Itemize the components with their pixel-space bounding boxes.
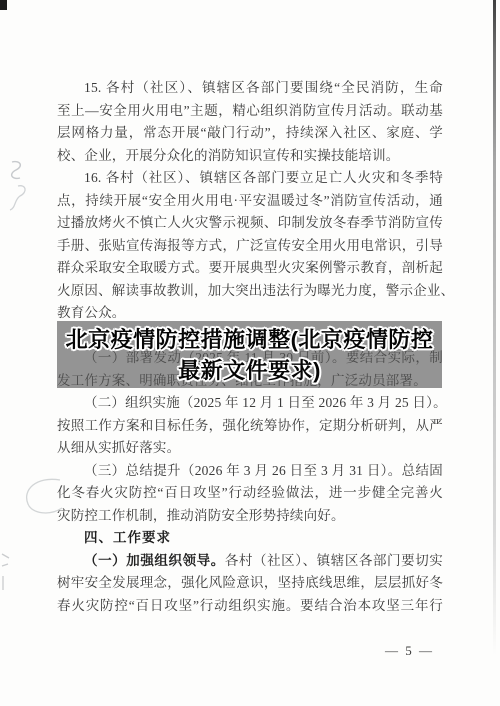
headline-title-line1: 北京疫情防控措施调整(北京疫情防控	[66, 324, 434, 355]
doc-line-bold-part: （一）加强组织领导。	[84, 553, 225, 568]
doc-line: （一）加强组织领导。各村（社区）、镇辖区各部门要切实	[57, 550, 443, 573]
doc-line: 春火灾防控“百日攻坚”行动组织实施。要结合治本攻坚三年行	[57, 595, 443, 618]
doc-line: 灾防控工作机制，推动消防安全形势持续向好。	[57, 505, 443, 528]
doc-line: 校、企业，开展分众化的消防知识宣传和实操技能培训。	[57, 145, 443, 168]
doc-line: 按照工作方案和目标任务，强化统筹协作，定期分析研判，从严	[57, 415, 443, 438]
scan-corner-mark	[0, 0, 7, 10]
doc-line: 过播放烤火不慎亡人火灾警示视频、印制发放冬春季节消防宣传	[57, 212, 443, 235]
headline-title-line2: 最新文件要求)	[178, 355, 321, 386]
doc-line: 手册、张贴宣传海报等方式，广泛宣传安全用火用电常识，引导	[57, 235, 443, 258]
scanned-document-page: 15. 各村（社区）、镇辖区各部门要围绕“全民消防，生命 至上—安全用火用电”主…	[0, 0, 500, 706]
pencil-scribble-left	[2, 158, 36, 214]
doc-line: 群众采取安全取暖方式。要开展典型火灾案例警示教育，剖析起	[57, 257, 443, 280]
doc-line-rest: 各村（社区）、镇辖区各部门要切实	[225, 553, 443, 568]
doc-line: 16. 各村（社区）、镇辖区各部门要立足亡人火灾和冬季特	[57, 167, 443, 190]
doc-line: 火原因、解读事故教训，加大突出违法行为曝光力度，警示企业、	[57, 280, 443, 303]
doc-line: 点，持续开展“安全用火用电·平安温暖过冬”消防宣传活动，通	[57, 190, 443, 213]
doc-line: 层网格力量，常态开展“敲门行动”，持续深入社区、家庭、学	[57, 122, 443, 145]
doc-section-heading: 四、工作要求	[57, 527, 443, 550]
headline-overlay-band: 北京疫情防控措施调整(北京疫情防控 最新文件要求)	[57, 321, 442, 388]
page-number: — 5 —	[385, 643, 434, 659]
scan-edge-line	[493, 0, 496, 655]
doc-line: （三）总结提升（2026 年 3 月 26 日至 3 月 31 日）。总结固	[57, 460, 443, 483]
doc-line: 至上—安全用火用电”主题，精心组织消防宣传月活动。联动基	[57, 100, 443, 123]
doc-line: 从细从实抓好落实。	[57, 437, 443, 460]
doc-line: （二）组织实施（2025 年 12 月 1 日至 2026 年 3 月 25 日…	[57, 392, 443, 415]
doc-line: 树牢安全发展理念，强化风险意识，坚持底线思维，层层抓好冬	[57, 572, 443, 595]
doc-line: 化冬春火灾防控“百日攻坚”行动经验做法，进一步健全完善火	[57, 482, 443, 505]
pencil-tick-marks	[0, 550, 14, 592]
doc-line: 15. 各村（社区）、镇辖区各部门要围绕“全民消防，生命	[57, 77, 443, 100]
